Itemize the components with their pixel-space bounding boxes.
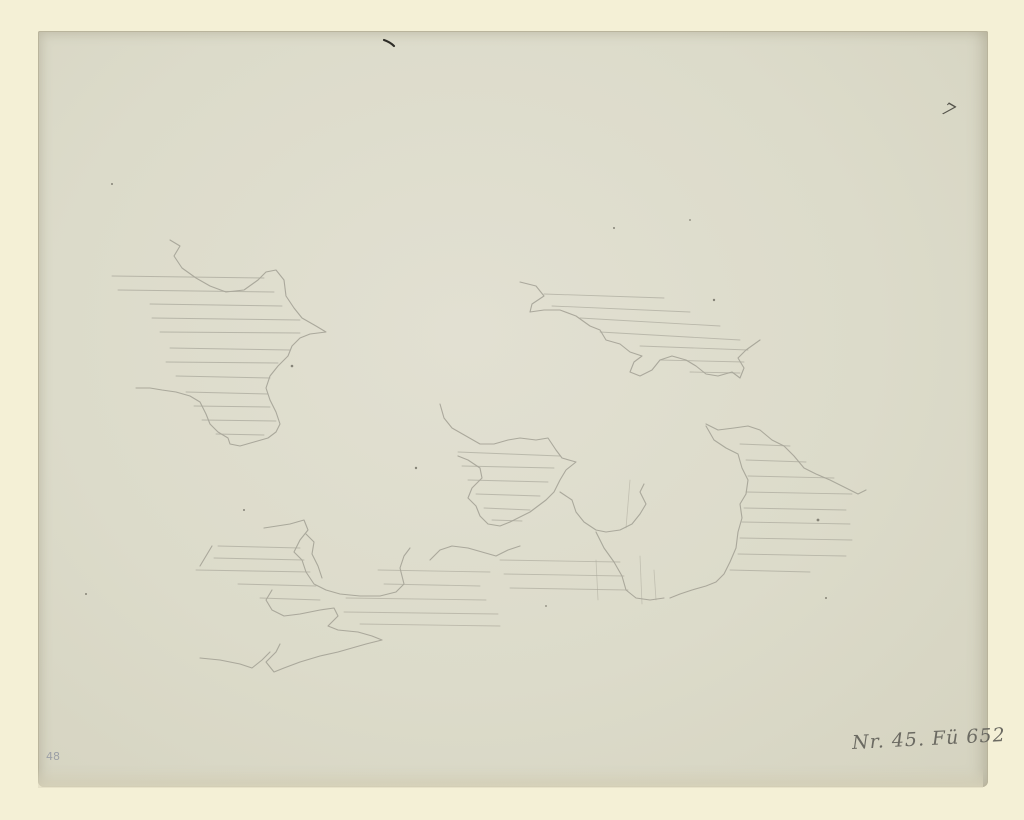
- cloud-outline-upper-left: [136, 240, 326, 446]
- cloud-outline-upper-right: [520, 282, 760, 378]
- cloud-outline-center: [440, 404, 576, 526]
- cloud-outline-lower-middle: [380, 548, 410, 596]
- cloud-outline-lower-left: [264, 520, 380, 596]
- corner-stamp: 48: [46, 750, 60, 763]
- cloud-sketch: [0, 0, 1024, 820]
- cloud-outline-right: [706, 424, 866, 494]
